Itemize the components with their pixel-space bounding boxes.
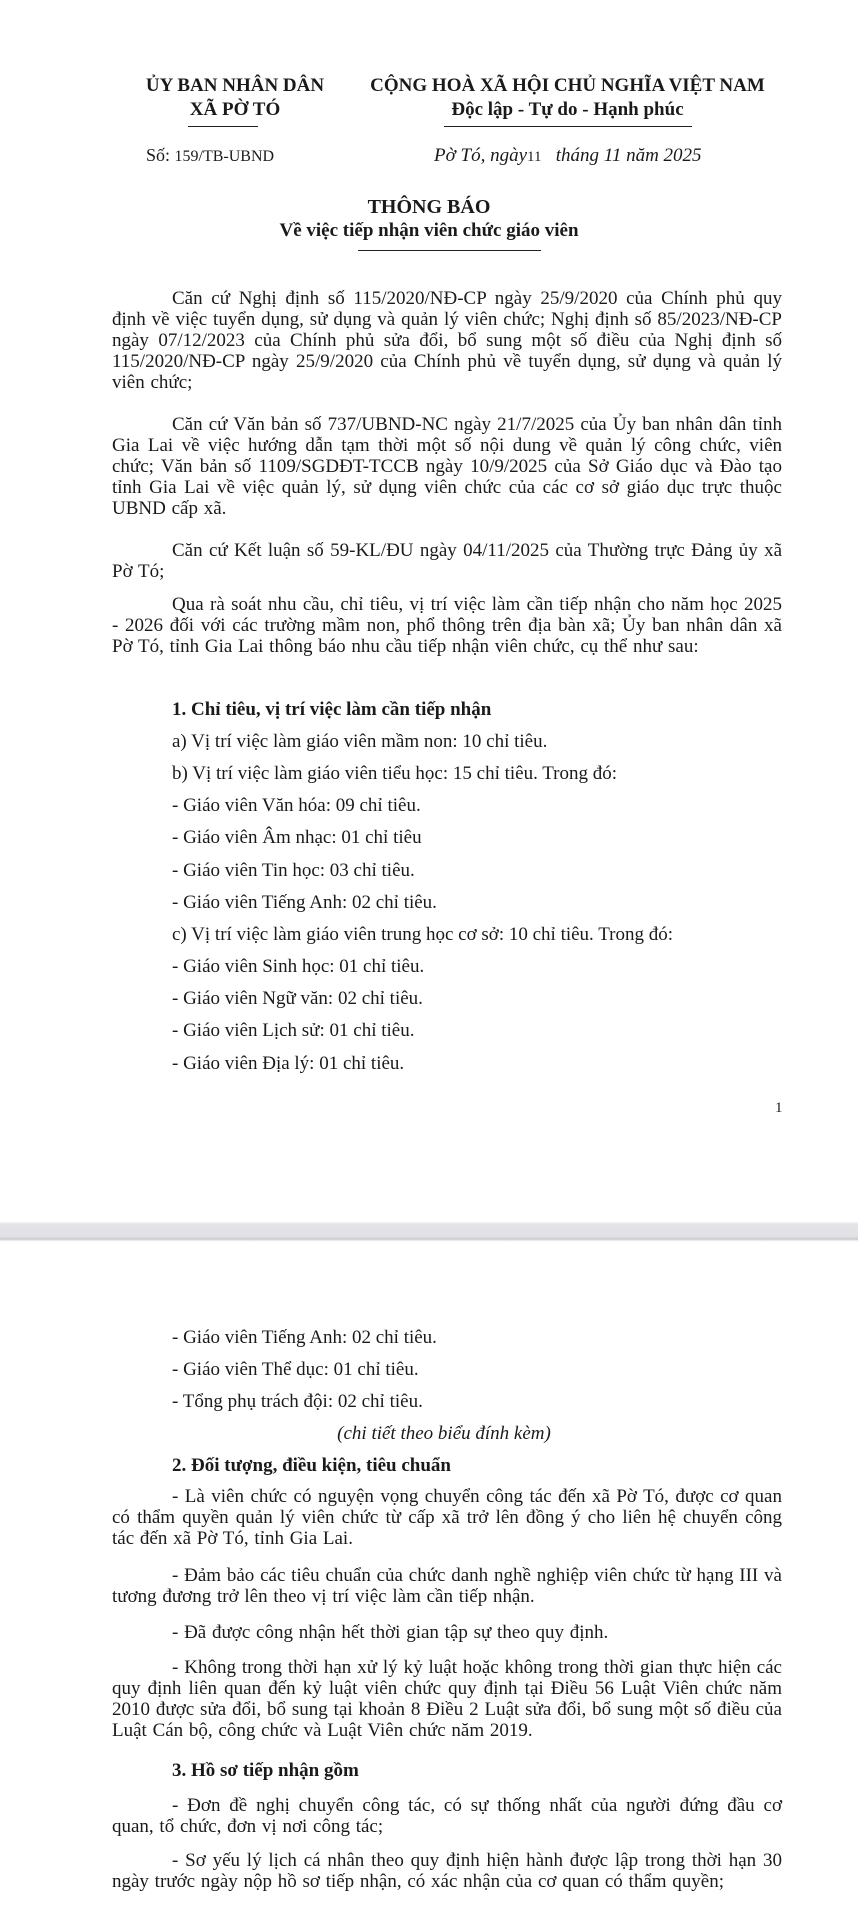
quota-item: b) Vị trí việc làm giáo viên tiểu học: 1… [172, 763, 617, 785]
date-prefix: Pờ Tó, ngày [434, 145, 527, 166]
quota-item: - Tổng phụ trách đội: 02 chỉ tiêu. [172, 1391, 423, 1413]
section-2-heading: 2. Đối tượng, điều kiện, tiêu chuẩn [172, 1455, 451, 1477]
quota-item: - Giáo viên Tin học: 03 chỉ tiêu. [172, 860, 415, 882]
document-page-1: ỦY BAN NHÂN DÂN XÃ PỜ TÓ CỘNG HOÀ XÃ HỘI… [0, 0, 858, 1222]
quota-item: c) Vị trí việc làm giáo viên trung học c… [172, 924, 673, 946]
quota-item: - Giáo viên Âm nhạc: 01 chỉ tiêu [172, 827, 422, 849]
quota-item: - Giáo viên Địa lý: 01 chỉ tiêu. [172, 1053, 404, 1075]
authority-line-1: ỦY BAN NHÂN DÂN [140, 74, 330, 98]
page-number: 1 [775, 1100, 783, 1117]
intro-paragraph: Qua rà soát nhu cầu, chỉ tiêu, vị trí vi… [112, 594, 782, 657]
authority-line-2: XÃ PỜ TÓ [140, 98, 330, 122]
quota-item: - Giáo viên Văn hóa: 09 chỉ tiêu. [172, 795, 421, 817]
attachment-note: (chi tiết theo biểu đính kèm) [0, 1423, 858, 1445]
criteria-paragraph: - Đảm bảo các tiêu chuẩn của chức danh n… [112, 1565, 782, 1607]
criteria-paragraph: - Là viên chức có nguyện vọng chuyển côn… [112, 1486, 782, 1549]
national-motto: CỘNG HOÀ XÃ HỘI CHỦ NGHĨA VIỆT NAM Độc l… [360, 74, 775, 127]
section-3-heading: 3. Hồ sơ tiếp nhận gồm [172, 1760, 359, 1782]
document-number: Số: 159/TB-UBND [146, 145, 274, 166]
document-page-2: - Giáo viên Tiếng Anh: 02 chỉ tiêu. - Gi… [0, 1242, 858, 1911]
document-number-value: 159/TB-UBND [175, 148, 275, 165]
criteria-paragraph: - Đã được công nhận hết thời gian tập sự… [112, 1622, 782, 1643]
document-title: THÔNG BÁO [0, 196, 858, 219]
quota-item: a) Vị trí việc làm giáo viên mầm non: 10… [172, 731, 547, 753]
document-number-label: Số: [146, 145, 170, 165]
issuing-authority: ỦY BAN NHÂN DÂN XÃ PỜ TÓ [140, 74, 330, 127]
quota-item: - Giáo viên Ngữ văn: 02 chỉ tiêu. [172, 988, 423, 1010]
motto-underline [444, 126, 692, 127]
quota-item: - Giáo viên Tiếng Anh: 02 chỉ tiêu. [172, 892, 437, 914]
document-date: Pờ Tó, ngày11 tháng 11 năm 2025 [434, 145, 702, 167]
legal-basis-paragraph: Căn cứ Văn bản số 737/UBND-NC ngày 21/7/… [112, 414, 782, 519]
authority-underline [188, 126, 258, 127]
criteria-paragraph: - Không trong thời hạn xử lý kỷ luật hoặ… [112, 1657, 782, 1741]
title-underline [358, 250, 541, 251]
legal-basis-paragraph: Căn cứ Kết luận số 59-KL/ĐU ngày 04/11/2… [112, 540, 782, 582]
date-rest: tháng 11 năm 2025 [556, 145, 702, 166]
legal-basis-paragraph: Căn cứ Nghị định số 115/2020/NĐ-CP ngày … [112, 288, 782, 393]
nation-line-1: CỘNG HOÀ XÃ HỘI CHỦ NGHĨA VIỆT NAM [360, 74, 775, 98]
nation-line-2: Độc lập - Tự do - Hạnh phúc [360, 98, 775, 122]
document-subtitle: Về việc tiếp nhận viên chức giáo viên [0, 220, 858, 242]
dossier-paragraph: - Sơ yếu lý lịch cá nhân theo quy định h… [112, 1850, 782, 1892]
quota-item: - Giáo viên Sinh học: 01 chỉ tiêu. [172, 956, 424, 978]
page-break-divider [0, 1222, 858, 1242]
dossier-paragraph: - Đơn đề nghị chuyển công tác, có sự thố… [112, 1795, 782, 1837]
quota-item: - Giáo viên Tiếng Anh: 02 chỉ tiêu. [172, 1327, 437, 1349]
date-day: 11 [527, 149, 541, 165]
quota-item: - Giáo viên Thể dục: 01 chỉ tiêu. [172, 1359, 419, 1381]
quota-item: - Giáo viên Lịch sử: 01 chỉ tiêu. [172, 1020, 414, 1042]
section-1-heading: 1. Chỉ tiêu, vị trí việc làm cần tiếp nh… [172, 699, 491, 721]
